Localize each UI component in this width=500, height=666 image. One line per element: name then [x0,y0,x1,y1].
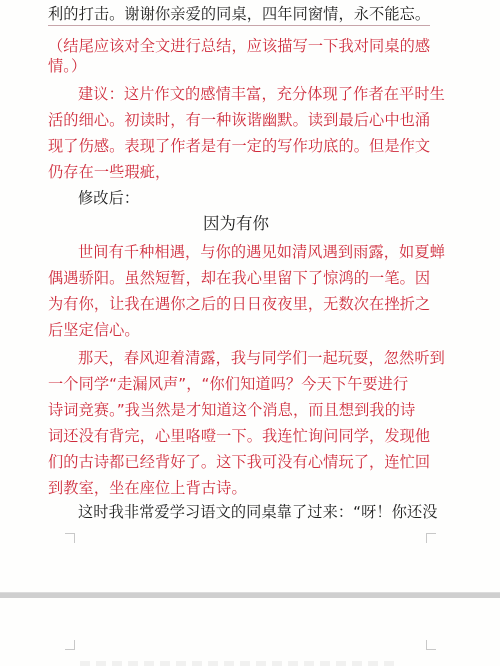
margin-corner-mark [65,640,75,650]
essay-line: 一个同学“走漏风声”，“你们知道吗？今天下午要进行 [48,374,408,394]
suggestion-line: 建议：这片作文的感情丰富，充分体现了作者在平时生 [78,84,445,104]
essay-line: 这时我非常爱学习语文的同桌靠了过来：“呀！你还没 [78,502,438,522]
essay-line: 们的古诗都已经背好了。这下我可没有心情玩了，连忙回 [48,452,430,472]
document-page-1: 利的打击。谢谢你亲爱的同桌，四年同窗情，永不能忘。 （结尾应该对全文进行总结，应… [0,0,500,592]
essay-line: 偶遇骄阳。虽然短暂，却在我心里留下了惊鸿的一笔。因 [48,268,430,288]
cropped-text-line [80,661,400,666]
suggestion-line: 仍存在一些瑕疵， [48,162,170,182]
revised-label: 修改后： [78,188,139,208]
essay-line: 为有你，让我在遇你之后的日日夜夜里，无数次在挫折之 [48,294,430,314]
essay-line: 世间有千种相遇，与你的遇见如清风遇到雨露，如夏蝉 [78,242,445,262]
annotation-line: 情。） [48,56,86,76]
essay-line: 那天，春风迎着清露，我与同学们一起玩耍，忽然听到 [78,348,445,368]
text-line: 利的打击。谢谢你亲爱的同桌，四年同窗情，永不能忘。 [48,4,430,26]
essay-line: 到教室，坐在座位上背古诗。 [48,478,247,498]
essay-line: 词还没有背完，心里咯噔一下。我连忙询问同学，发现他 [48,426,430,446]
suggestion-line: 活的细心。初读时，有一种诙谐幽默。读到最后心中也涌 [48,110,430,130]
essay-title: 因为有你 [48,213,424,235]
annotation-line: （结尾应该对全文进行总结，应该描写一下我对同桌的感 [48,36,430,56]
margin-corner-mark [65,533,75,543]
essay-line: 诗词竞赛。”我当然是才知道这个消息，而且想到我的诗 [48,400,415,420]
essay-line: 后坚定信心。 [48,320,140,340]
suggestion-line: 现了伤感。表现了作者是有一定的写作功底的。但是作文 [48,136,430,156]
margin-corner-mark [426,533,436,543]
margin-corner-mark [426,640,436,650]
document-page-2 [0,598,500,666]
